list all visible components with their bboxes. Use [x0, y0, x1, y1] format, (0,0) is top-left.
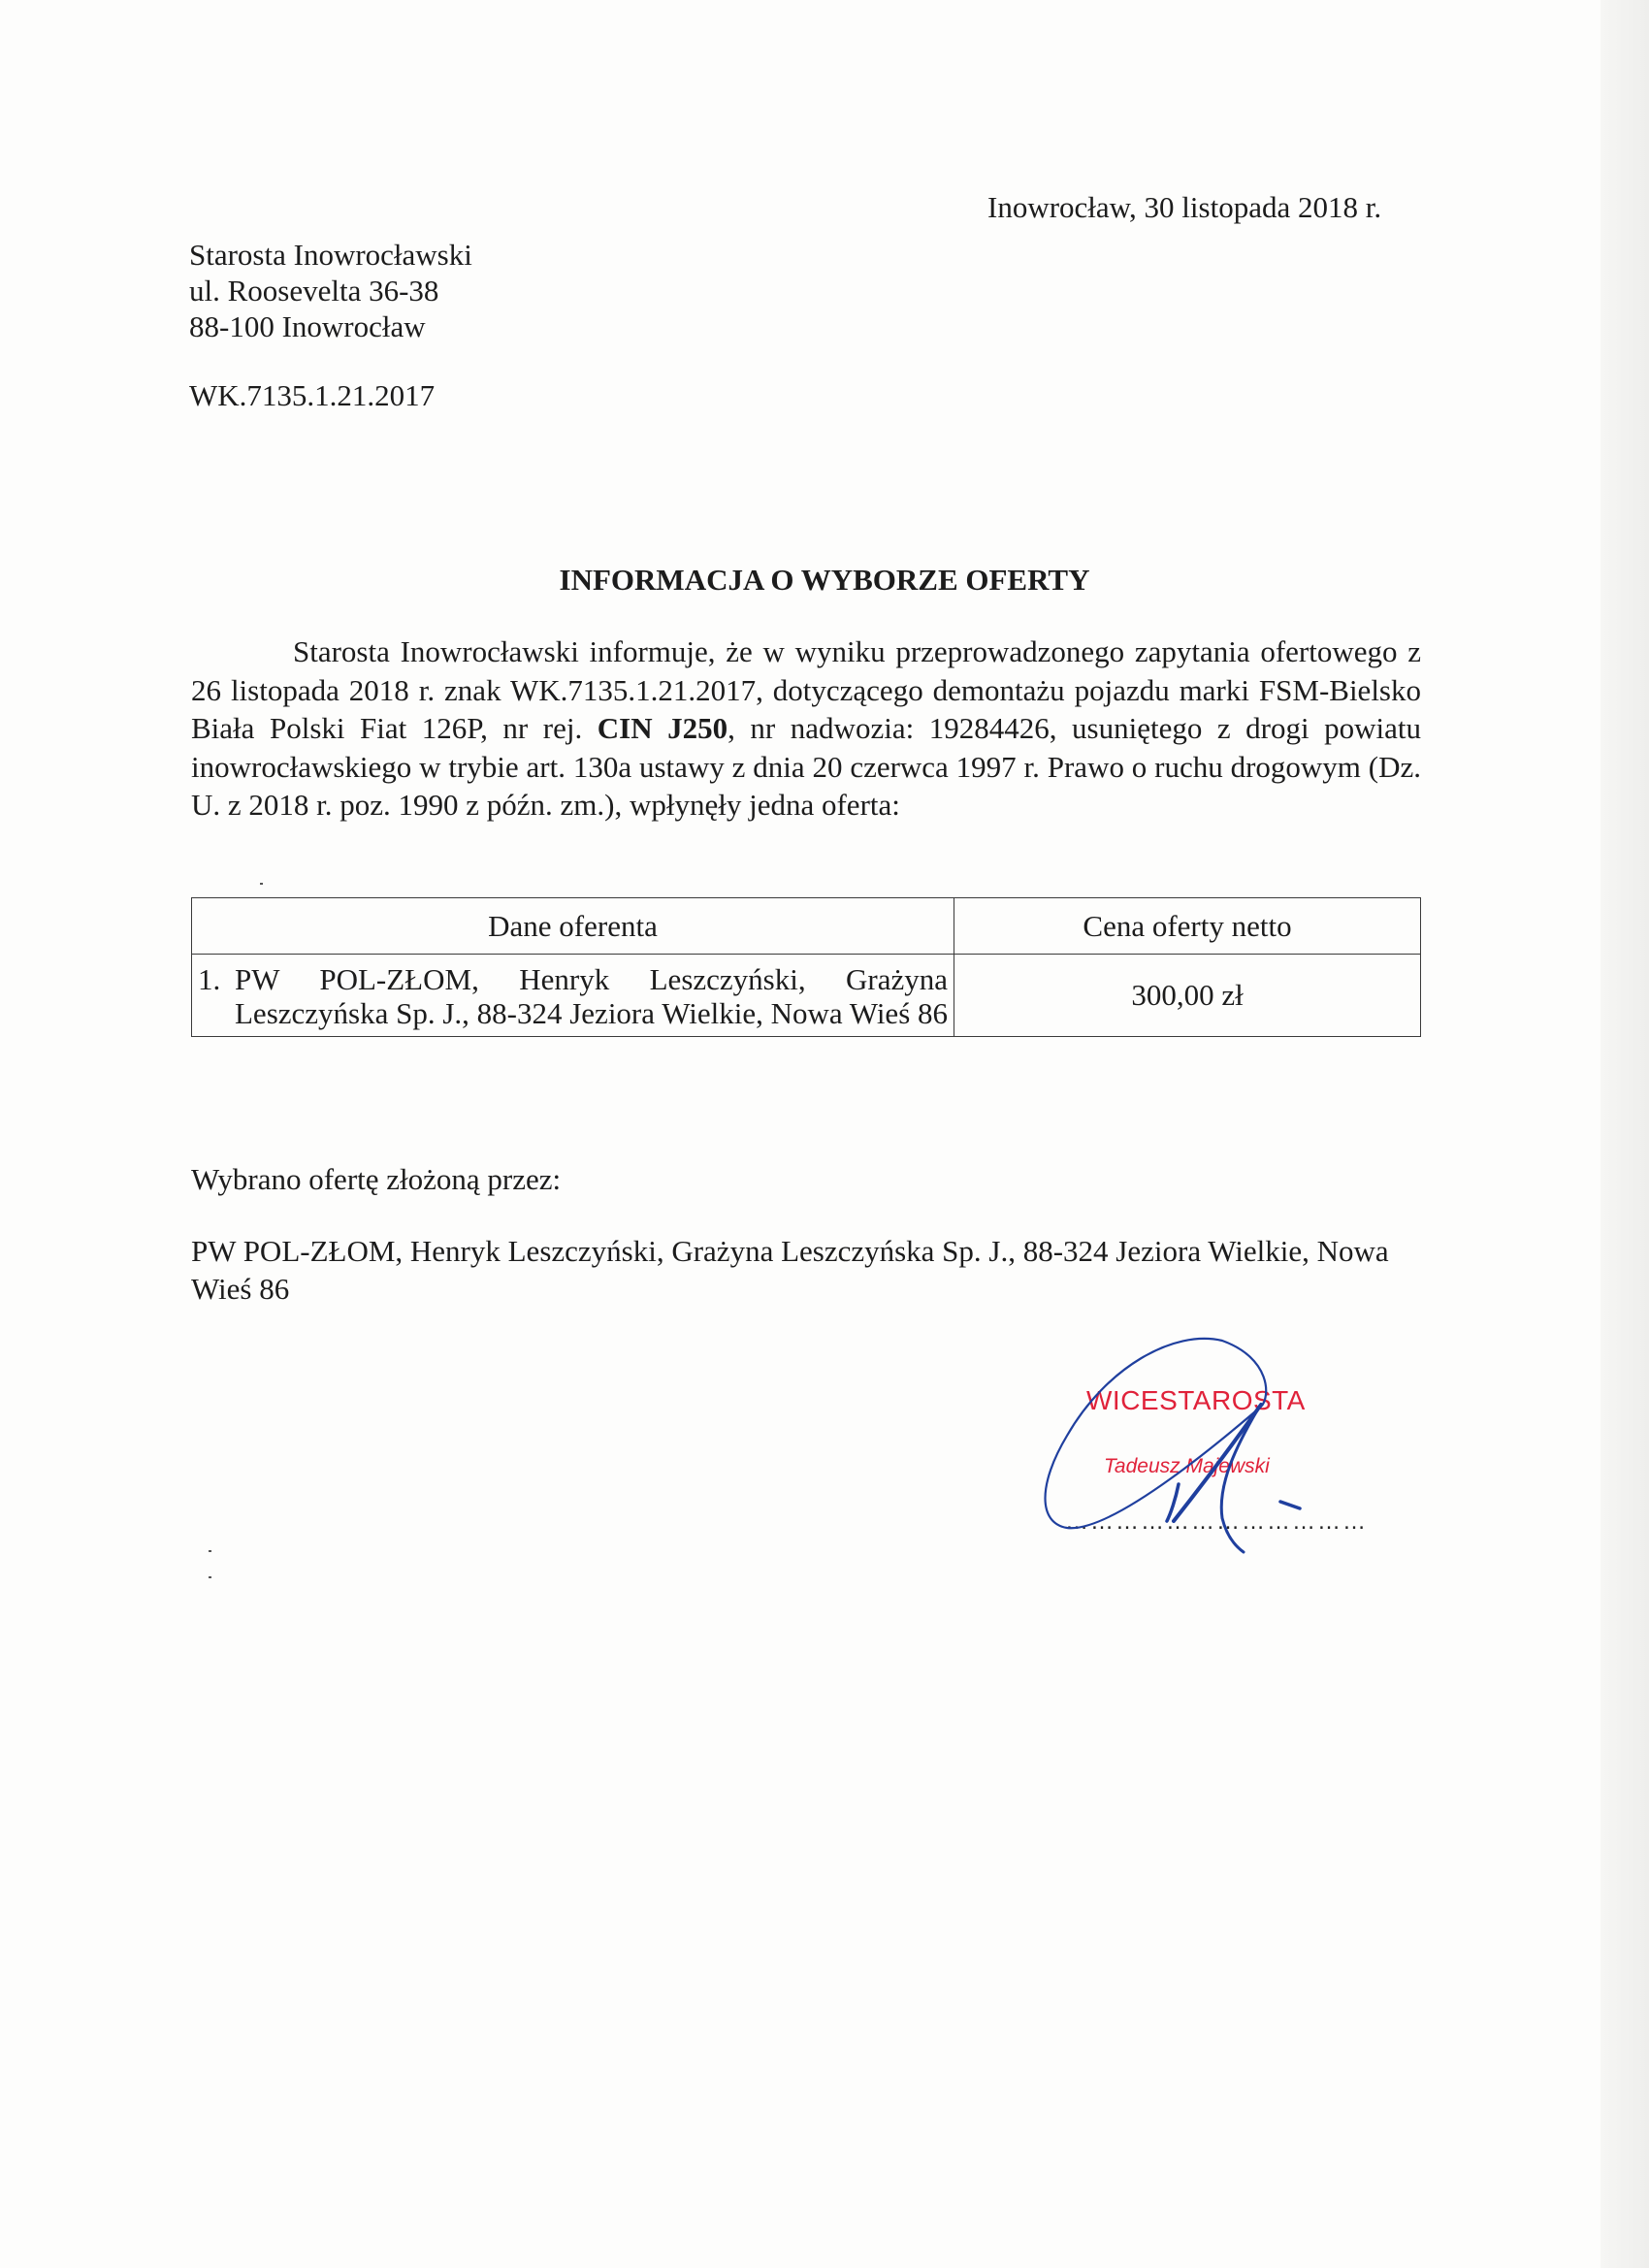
scan-speck [209, 1550, 211, 1552]
sender-name: Starosta Inowrocławski [189, 237, 472, 273]
table-row: 1.PW POL-ZŁOM, Henryk Leszczyński, Graży… [192, 955, 1421, 1037]
header-bidder: Dane oferenta [192, 898, 954, 955]
handwritten-signature-icon [1028, 1329, 1474, 1562]
sender-street: ul. Roosevelta 36-38 [189, 273, 472, 308]
sender-address: Starosta Inowrocławski ul. Roosevelta 36… [189, 237, 472, 344]
header-price: Cena oferty netto [954, 898, 1421, 955]
bidder-cell: 1.PW POL-ZŁOM, Henryk Leszczyński, Graży… [192, 955, 954, 1037]
row-number: 1. [198, 962, 235, 996]
scan-speck [260, 883, 263, 885]
scan-speck [209, 1576, 211, 1578]
selected-company: PW POL-ZŁOM, Henryk Leszczyński, Grażyna… [191, 1232, 1423, 1308]
document-title: INFORMACJA O WYBORZE OFERTY [0, 563, 1649, 598]
place-date: Inowrocław, 30 listopada 2018 r. [987, 190, 1381, 225]
bidder-text: PW POL-ZŁOM, Henryk Leszczyński, Grażyna… [235, 962, 948, 1030]
signature-block: WICESTAROSTA Tadeusz Majewski …………………………… [1028, 1329, 1474, 1562]
scan-page-edge [1600, 0, 1649, 2268]
price-cell: 300,00 zł [954, 955, 1421, 1037]
sender-city: 88-100 Inowrocław [189, 308, 472, 344]
selection-label: Wybrano ofertę złożoną przez: [191, 1162, 561, 1197]
offers-table: Dane oferenta Cena oferty netto 1.PW POL… [191, 897, 1421, 1037]
reference-number: WK.7135.1.21.2017 [189, 378, 435, 413]
registration-plate: CIN J250 [598, 711, 727, 745]
body-paragraph: Starosta Inowrocławski informuje, że w w… [191, 632, 1421, 825]
table-header-row: Dane oferenta Cena oferty netto [192, 898, 1421, 955]
